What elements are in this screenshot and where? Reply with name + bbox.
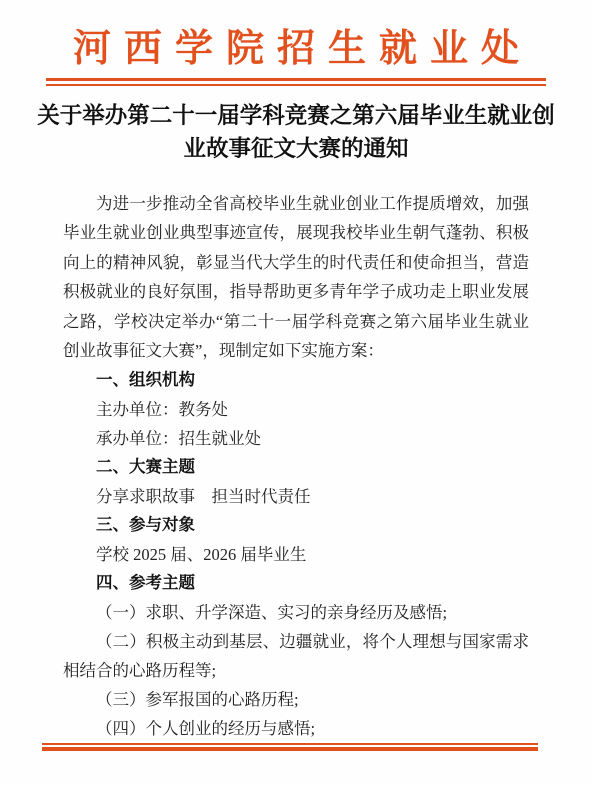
section-1-line: 承办单位：招生就业处	[63, 424, 529, 453]
section-4-line: （二）积极主动到基层、边疆就业，将个人理想与国家需求相结合的心路历程等;	[63, 627, 529, 685]
document-title: 关于举办第二十一届学科竞赛之第六届毕业生就业创业故事征文大赛的通知	[30, 99, 562, 165]
section-3-heading: 三、参与对象	[63, 511, 529, 540]
masthead-divider-thin-line	[46, 84, 546, 86]
section-4-heading: 四、参考主题	[63, 569, 529, 598]
notice-page: 河西学院招生就业处 关于举办第二十一届学科竞赛之第六届毕业生就业创业故事征文大赛…	[0, 0, 592, 785]
intro-paragraph: 为进一步推动全省高校毕业生就业创业工作提质增效，加强毕业生就业创业典型事迹宣传，…	[63, 189, 529, 366]
footer-divider-thick-line	[42, 747, 538, 751]
org-name-title: 河西学院招生就业处	[0, 25, 592, 73]
section-1-line: 主办单位：教务处	[63, 395, 529, 424]
section-1-heading: 一、组织机构	[63, 366, 529, 395]
section-2-heading: 二、大赛主题	[63, 453, 529, 482]
masthead-divider	[46, 78, 546, 86]
section-4-line: （四）个人创业的经历与感悟;	[63, 714, 529, 743]
footer-divider	[42, 743, 538, 751]
document-body: 为进一步推动全省高校毕业生就业创业工作提质增效，加强毕业生就业创业典型事迹宣传，…	[63, 189, 529, 743]
masthead: 河西学院招生就业处	[0, 0, 592, 86]
section-4-line: （一）求职、升学深造、实习的亲身经历及感悟;	[63, 598, 529, 627]
section-4-line: （三）参军报国的心路历程;	[63, 685, 529, 714]
section-2-line: 分享求职故事 担当时代责任	[63, 482, 529, 511]
section-3-line: 学校 2025 届、2026 届毕业生	[63, 540, 529, 569]
